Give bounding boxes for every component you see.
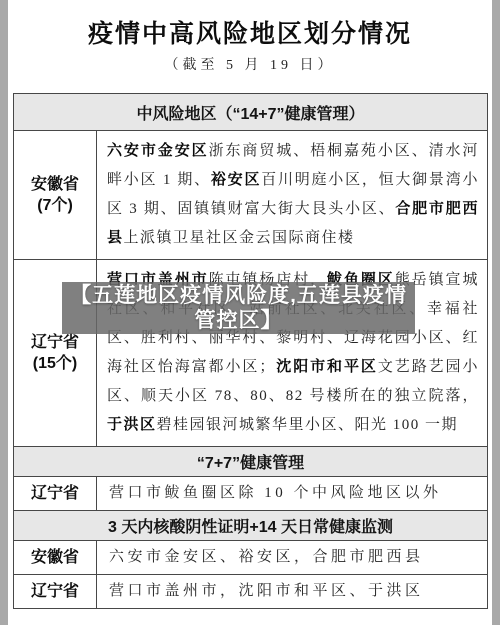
province-cell: 辽宁省	[14, 575, 97, 608]
left-gutter	[0, 0, 8, 625]
area-name-text: 六安市金安区、裕安区，合肥市肥西县	[109, 549, 424, 565]
area-name-bold: 裕安区	[211, 172, 261, 188]
area-list-cell: 六安市金安区浙东商贸城、梧桐嘉苑小区、清水河畔小区 1 期、裕安区百川明庭小区，…	[97, 131, 487, 259]
watermark-overlay: 【五莲地区疫情风险度,五莲县疫情管控区】	[62, 282, 415, 334]
area-name-text: 营口市盖州市，沈阳市和平区、于洪区	[109, 583, 424, 599]
area-name-bold: 于洪区	[107, 417, 157, 433]
risk-table: 中风险地区（“14+7”健康管理）安徽省(7个)六安市金安区浙东商贸城、梧桐嘉苑…	[13, 93, 488, 609]
area-name-text: 营口市鲅鱼圈区除 10 个中风险地区以外	[109, 485, 442, 501]
province-name: 辽宁省	[31, 483, 79, 504]
table-row: 辽宁省营口市鲅鱼圈区除 10 个中风险地区以外	[14, 477, 487, 511]
table-row: 安徽省(7个)六安市金安区浙东商贸城、梧桐嘉苑小区、清水河畔小区 1 期、裕安区…	[14, 131, 487, 260]
area-list-cell: 六安市金安区、裕安区，合肥市肥西县	[97, 541, 487, 574]
table-row: 辽宁省营口市盖州市，沈阳市和平区、于洪区	[14, 575, 487, 608]
right-gutter	[492, 0, 500, 625]
province-name: 安徽省	[31, 174, 79, 195]
page-subtitle: （截至 5 月 19 日）	[8, 54, 492, 74]
province-count: (7个)	[37, 195, 73, 216]
table-row: 安徽省六安市金安区、裕安区，合肥市肥西县	[14, 541, 487, 575]
section-header: “7+7”健康管理	[14, 447, 487, 477]
province-cell: 安徽省(7个)	[14, 131, 97, 259]
area-name-text: 碧桂园银河城繁华里小区、阳光 100 一期	[157, 417, 459, 433]
province-name: 辽宁省	[31, 332, 79, 353]
province-count: (15个)	[33, 353, 77, 374]
area-list-cell: 营口市鲅鱼圈区除 10 个中风险地区以外	[97, 477, 487, 510]
province-cell: 安徽省	[14, 541, 97, 574]
area-name-text: 上派镇卫星社区金云国际商住楼	[124, 230, 355, 246]
province-name: 安徽省	[31, 547, 79, 568]
area-list-cell: 营口市盖州市，沈阳市和平区、于洪区	[97, 575, 487, 608]
section-header: 中风险地区（“14+7”健康管理）	[14, 94, 487, 131]
province-name: 辽宁省	[31, 581, 79, 602]
page-title: 疫情中高风险地区划分情况	[8, 14, 492, 50]
province-cell: 辽宁省	[14, 477, 97, 510]
section-header: 3 天内核酸阴性证明+14 天日常健康监测	[14, 511, 487, 541]
area-name-bold: 沈阳市和平区	[276, 359, 378, 375]
area-name-bold: 六安市金安区	[107, 143, 209, 159]
